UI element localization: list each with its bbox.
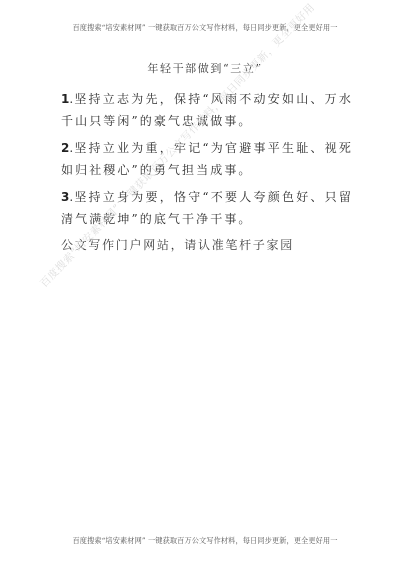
item-separator: . (69, 141, 73, 155)
list-item-1: 1.坚持立志为先，保持“风雨不动安如山、万水千山只等闲”的豪气忠诚做事。 (61, 88, 353, 132)
document-body: 1.坚持立志为先，保持“风雨不动安如山、万水千山只等闲”的豪气忠诚做事。 2.坚… (61, 88, 353, 267)
item-text: 坚持立身为要，恪守“不要人夸颜色好、只留清气满乾坤”的底气干净干事。 (61, 190, 353, 226)
closing-line: 公文写作门户网站，请认准笔杆子家园 (61, 235, 353, 255)
page-footer: 百度搜索“培安素材网” 一键获取百万公文写作材料，每日同步更新，更全更好用一 (0, 536, 410, 546)
item-separator: . (69, 92, 73, 106)
document-title: 年轻干部做到“三立” (0, 60, 410, 76)
page-header: 百度搜索“培安素材网” 一键获取百万公文写作材料，每日同步更新，更全更好用一 (0, 23, 410, 33)
list-item-2: 2.坚持立业为重，牢记“为官避事平生耻、视死如归社稷心”的勇气担当成事。 (61, 137, 353, 181)
item-separator: . (69, 190, 73, 204)
item-text: 坚持立业为重，牢记“为官避事平生耻、视死如归社稷心”的勇气担当成事。 (61, 141, 353, 177)
list-item-3: 3.坚持立身为要，恪守“不要人夸颜色好、只留清气满乾坤”的底气干净干事。 (61, 186, 353, 230)
item-text: 坚持立志为先，保持“风雨不动安如山、万水千山只等闲”的豪气忠诚做事。 (61, 92, 353, 128)
